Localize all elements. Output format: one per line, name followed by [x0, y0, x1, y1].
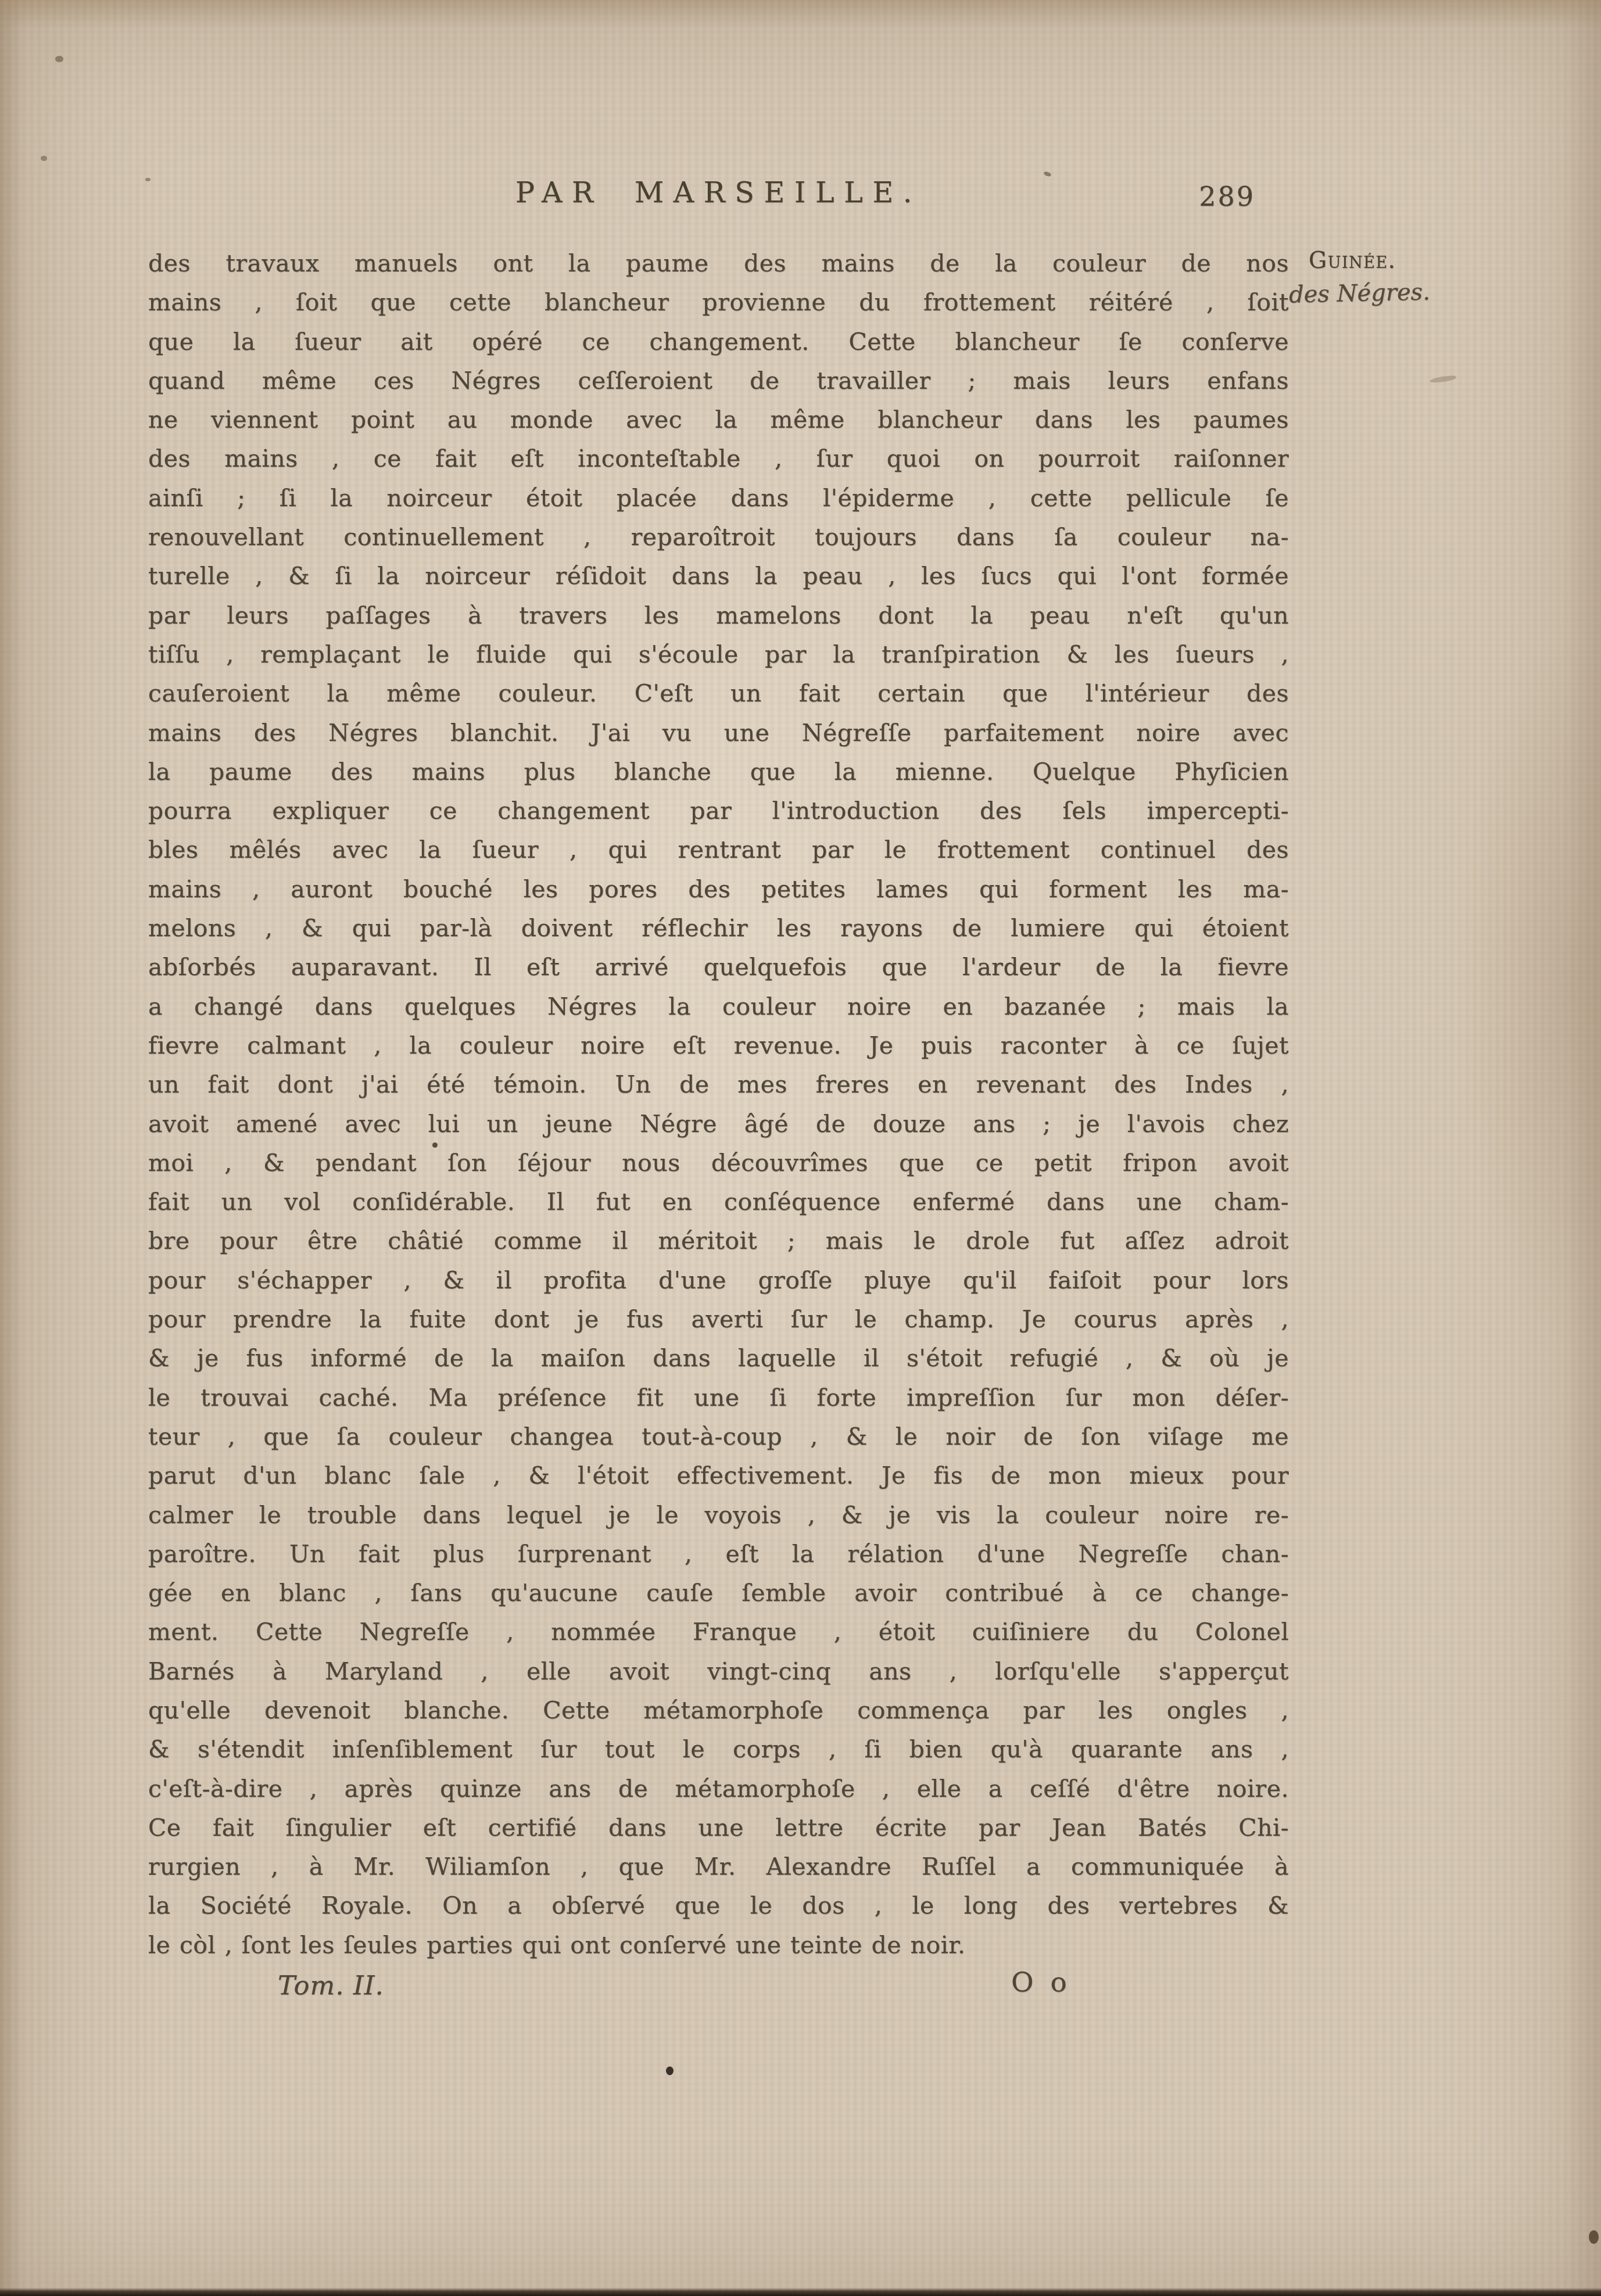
text-line: moi , & pendant ſon ſéjour nous découvrî…	[148, 1144, 1289, 1183]
text-line: melons , & qui par-là doivent réflechir …	[148, 909, 1289, 948]
page-number: 289	[1199, 181, 1255, 212]
text-line: la Société Royale. On a obſervé que le d…	[148, 1886, 1289, 1925]
text-line: fievre calmant , la couleur noire eſt re…	[148, 1026, 1289, 1065]
page-header: PAR MARSEILLE. 289	[148, 176, 1289, 218]
text-line: des travaux manuels ont la paume des mai…	[148, 244, 1289, 283]
text-line: abſorbés auparavant. Il eſt arrivé quelq…	[148, 948, 1289, 987]
text-line: qu'elle devenoit blanche. Cette métamorp…	[148, 1691, 1289, 1730]
text-line: pourra expliquer ce changement par l'int…	[148, 791, 1289, 830]
ink-speck	[55, 56, 63, 62]
text-line: teur , que ſa couleur changea tout-à-cou…	[148, 1417, 1289, 1456]
text-line: a changé dans quelques Négres la couleur…	[148, 987, 1289, 1026]
paper-smudge	[1430, 375, 1457, 384]
text-line: tiſſu , remplaçant le fluide qui s'écoul…	[148, 635, 1289, 674]
text-line: calmer le trouble dans lequel je le voyo…	[148, 1496, 1289, 1535]
text-line: turelle , & ſi la noirceur réſidoit dans…	[148, 557, 1289, 596]
text-line: quand même ces Négres ceſſeroient de tra…	[148, 361, 1289, 400]
text-line: la paume des mains plus blanche que la m…	[148, 753, 1289, 791]
text-line: & s'étendit inſenſiblement ſur tout le c…	[148, 1730, 1289, 1769]
text-line: Barnés à Maryland , elle avoit vingt-cin…	[148, 1652, 1289, 1691]
text-line: pour prendre la fuite dont je fus averti…	[148, 1300, 1289, 1339]
text-line: un fait dont j'ai été témoin. Un de mes …	[148, 1065, 1289, 1104]
text-line: pour s'échapper , & il profita d'une gro…	[148, 1261, 1289, 1300]
ink-speck	[666, 2066, 674, 2075]
text-line: bles mêlés avec la ſueur , qui rentrant …	[148, 830, 1289, 869]
text-line: ne viennent point au monde avec la même …	[148, 400, 1289, 439]
text-line: avoit amené avec lui un jeune Négre âgé …	[148, 1105, 1289, 1144]
text-line: mains , ſoit que cette blancheur provien…	[148, 283, 1289, 322]
ink-speck	[432, 1142, 438, 1148]
text-line: c'eſt-à-dire , après quinze ans de métam…	[148, 1770, 1289, 1808]
margin-note-subheading: des Négres.	[1289, 277, 1487, 308]
text-line: parut d'un blanc ſale , & l'étoit effect…	[148, 1456, 1289, 1495]
text-line: le trouvai caché. Ma préſence fit une ſi…	[148, 1378, 1289, 1417]
text-line: renouvellant continuellement , reparoîtr…	[148, 518, 1289, 557]
text-line: fait un vol conſidérable. Il fut en conſ…	[148, 1183, 1289, 1222]
text-line: ainſi ; ſi la noirceur étoit placée dans…	[148, 479, 1289, 518]
text-line: Ce fait ſingulier eſt certifié dans une …	[148, 1808, 1289, 1847]
text-line: mains , auront bouché les pores des peti…	[148, 870, 1289, 909]
margin-note: Guinée. des Négres.	[1289, 248, 1487, 306]
text-line: cauſeroient la même couleur. C'eſt un fa…	[148, 674, 1289, 713]
text-line: rurgien , à Mr. Wiliamſon , que Mr. Alex…	[148, 1847, 1289, 1886]
running-title: PAR MARSEILLE.	[148, 176, 1289, 209]
scan-bottom-edge-shadow	[0, 2288, 1601, 2296]
text-line: des mains , ce fait eſt inconteſtable , …	[148, 439, 1289, 478]
text-line: paroître. Un fait plus ſurprenant , eſt …	[148, 1535, 1289, 1574]
text-line: bre pour être châtié comme il méritoit ;…	[148, 1222, 1289, 1260]
body-text: des travaux manuels ont la paume des mai…	[148, 244, 1289, 1965]
text-line: gée en blanc , ſans qu'aucune cauſe ſemb…	[148, 1574, 1289, 1613]
text-line: & je fus informé de la maiſon dans laque…	[148, 1339, 1289, 1378]
ink-speck	[145, 178, 151, 181]
text-line: mains des Négres blanchit. J'ai vu une N…	[148, 714, 1289, 753]
ink-speck	[1589, 2230, 1599, 2244]
tome-label: Tom. II.	[278, 1970, 384, 2001]
book-page-scan: PAR MARSEILLE. 289 Guinée. des Négres. d…	[0, 0, 1601, 2296]
ink-speck	[41, 156, 47, 161]
text-line: ment. Cette Negreſſe , nommée Franque , …	[148, 1613, 1289, 1652]
text-line: par leurs paſſages à travers les mamelon…	[148, 596, 1289, 635]
signature-mark: O o	[1011, 1967, 1071, 1998]
text-line: que la ſueur ait opéré ce changement. Ce…	[148, 323, 1289, 361]
text-line: le còl , ſont les ſeules parties qui ont…	[148, 1926, 1289, 1965]
margin-note-heading: Guinée.	[1309, 248, 1487, 274]
